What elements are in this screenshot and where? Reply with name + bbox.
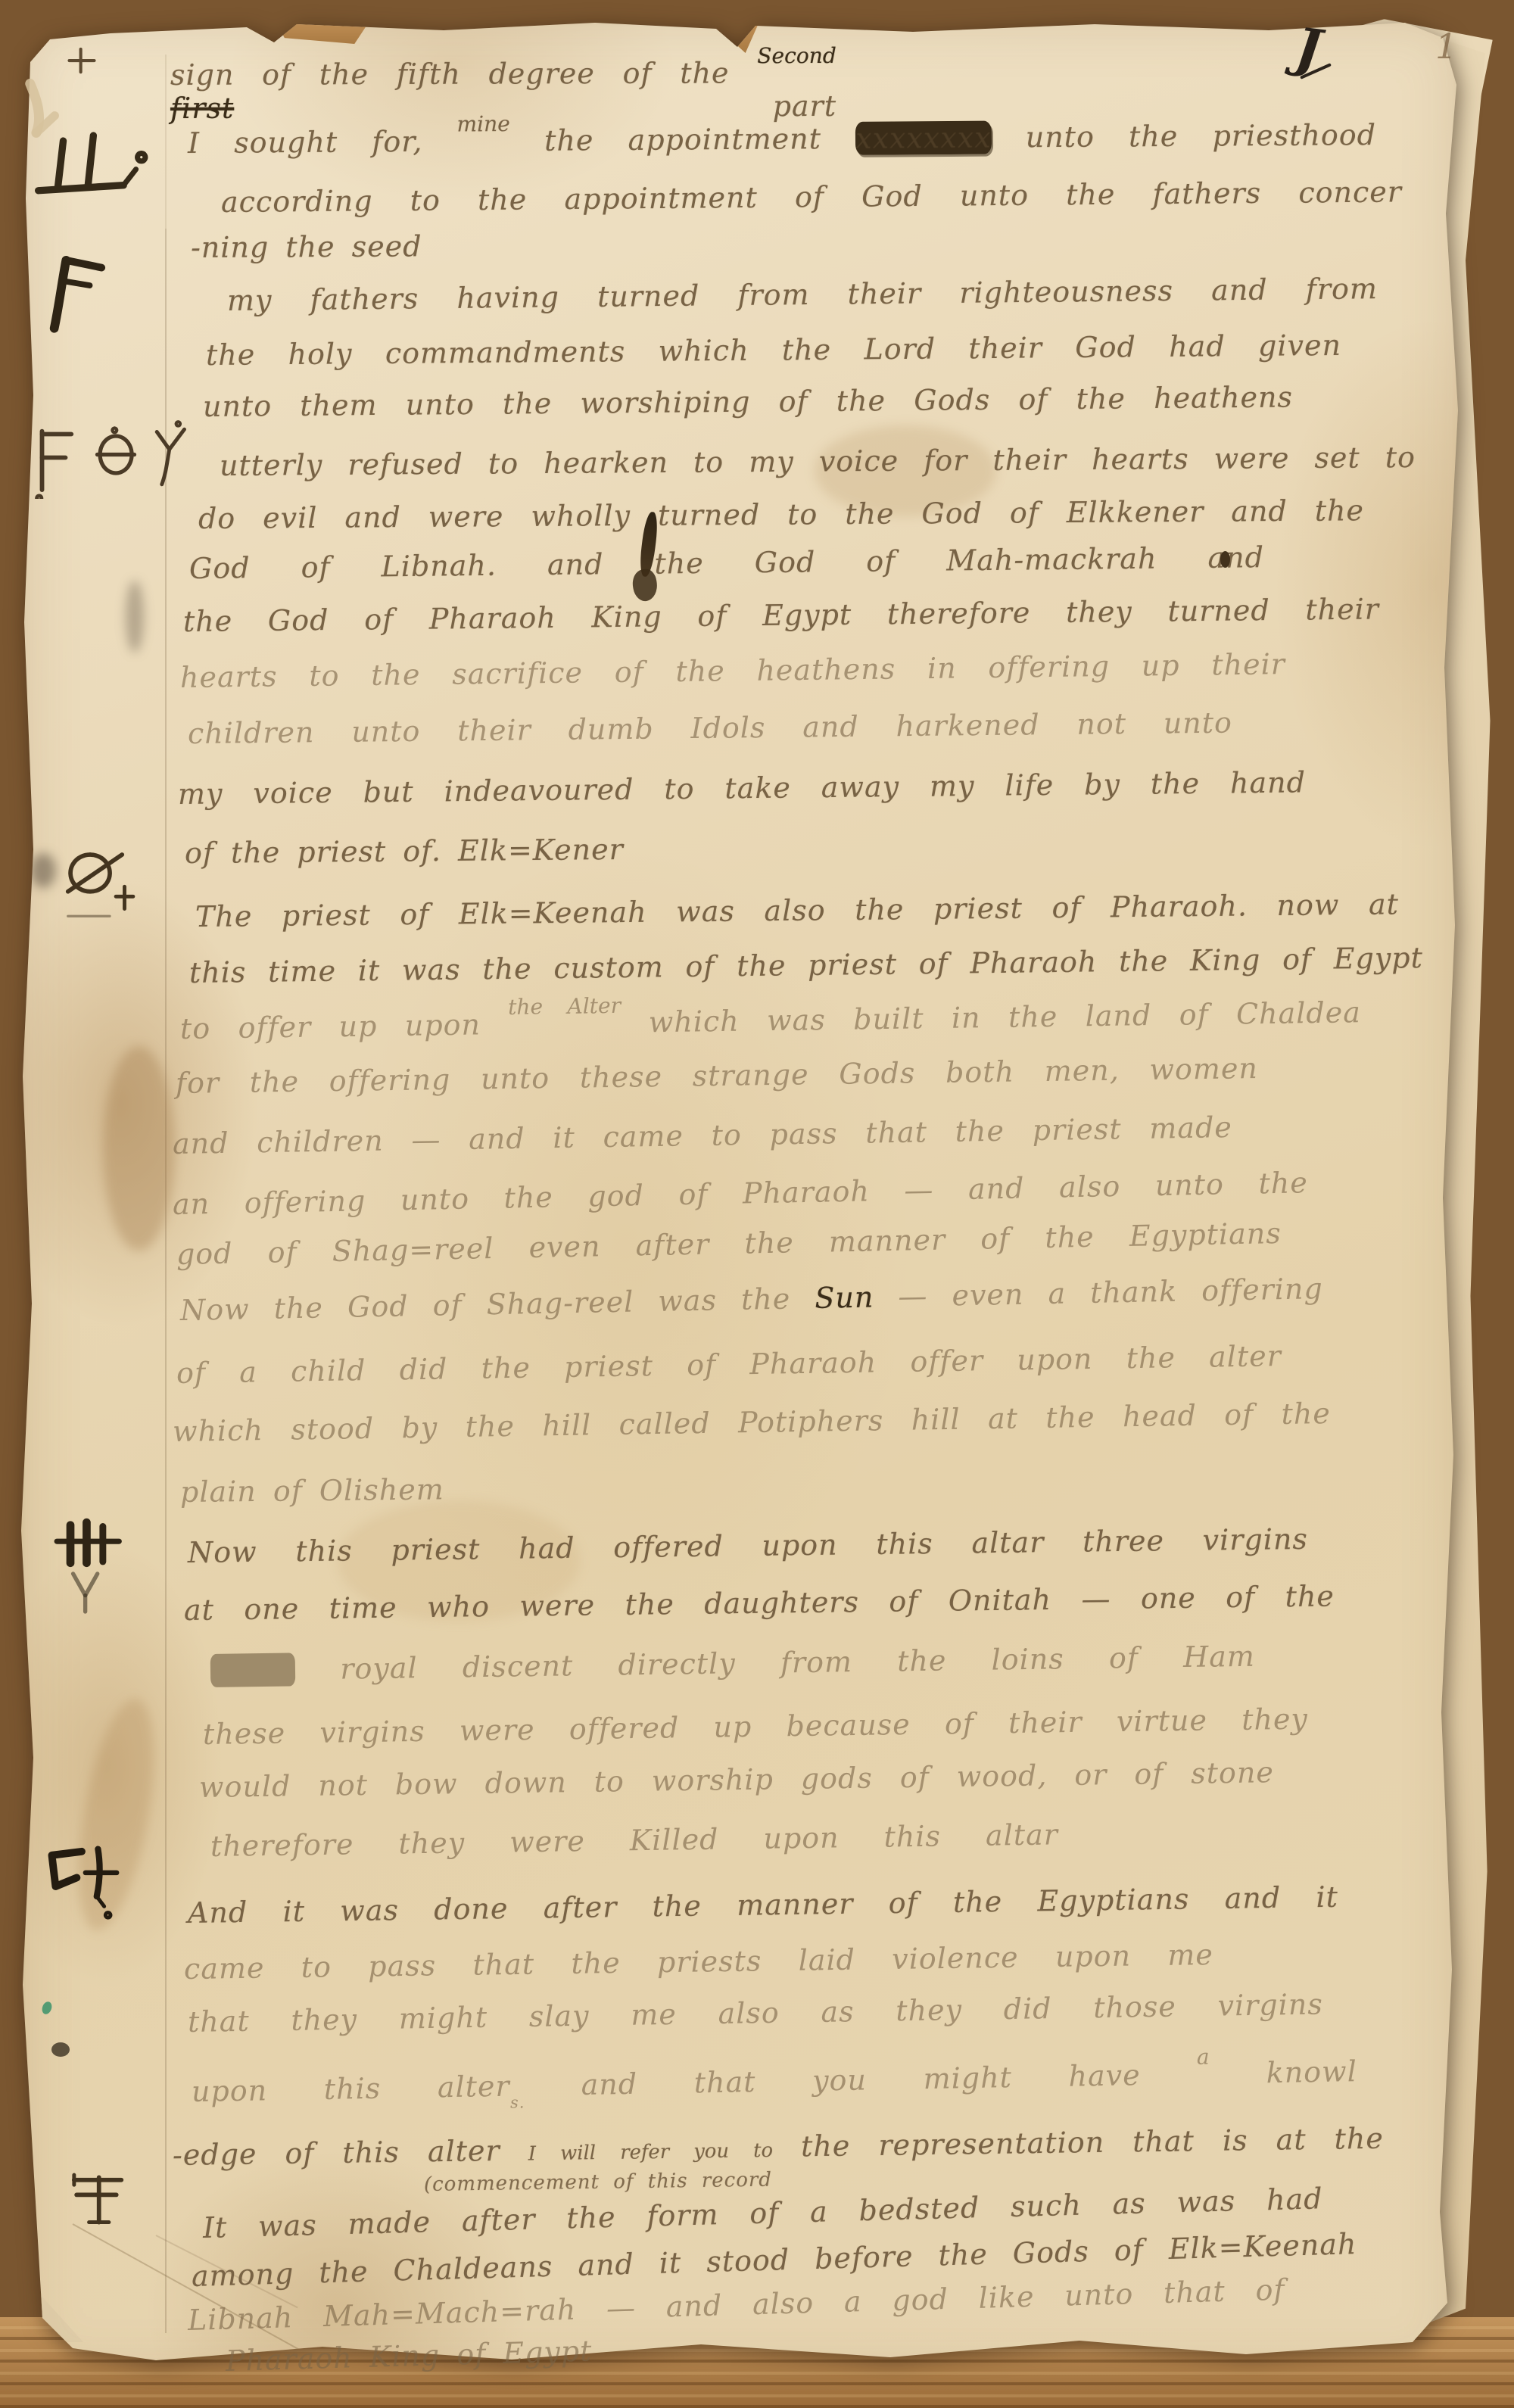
manuscript-line: God of Libnah. and the God of Mah-mackra… [189, 541, 1264, 586]
text-segment: god of Shag=reel even after the manner o… [176, 1216, 1282, 1271]
text-segment: at one time who were the daughters of On… [184, 1579, 1335, 1627]
text-segment: (commencement of this record [424, 2169, 772, 2196]
inserted-word: the Alter [508, 993, 621, 1020]
manuscript-line: these virgins were offered up because of… [203, 1703, 1308, 1752]
text-segment: I will refer you to [528, 2139, 774, 2166]
text-segment: I sought for, [188, 125, 457, 160]
f-character-icon [30, 422, 77, 502]
manuscript-line: Now the God of Shag-reel was the Sun — e… [180, 1273, 1324, 1328]
manuscript-line: and children — and it came to pass that … [173, 1111, 1233, 1161]
text-segment: of a child did the priest of Pharaoh off… [176, 1339, 1282, 1390]
text-segment: The priest of Elk=Keenah was also the pr… [195, 887, 1399, 933]
text-segment: Now the God of Shag-reel was the [180, 1282, 815, 1327]
scribbled-out-word: xxxxx [210, 1653, 296, 1687]
text-segment: according to the appointment of God unto… [221, 175, 1402, 219]
dotted-y-character-icon [147, 419, 197, 492]
text-segment: these virgins were offered up because of… [203, 1702, 1308, 1751]
text-segment: of the priest of. Elk=Kener [185, 833, 624, 870]
manuscript-line: came to pass that the priests laid viole… [184, 1939, 1213, 1986]
text-segment: the God of Pharaoh King of Egypt therefo… [183, 592, 1379, 638]
text-segment: do evil and were wholly turned to the Go… [198, 494, 1364, 535]
manuscript-line: of a child did the priest of Pharaoh off… [176, 1340, 1282, 1391]
text-segment: royal discent directly from the loins of… [295, 1640, 1255, 1687]
text-segment: unto them unto the worshiping of the God… [203, 380, 1293, 423]
manuscript-line: of the priest of. Elk=Kener [185, 833, 624, 871]
inserted-word: mine [456, 111, 510, 136]
manuscript-line: the holy commandments which the Lord the… [206, 329, 1341, 372]
text-segment: And it was done after the manner of the … [188, 1880, 1338, 1930]
slashed-circle-plus-character-icon [61, 845, 139, 927]
text-segment: and children — and it came to pass that … [173, 1111, 1233, 1160]
text-segment: that they might slay me also as they did… [188, 1987, 1324, 2039]
manuscript-line: xxxxx royal discent directly from the lo… [210, 1640, 1255, 1688]
manuscript-line: children unto their dumb Idols and harke… [188, 707, 1232, 751]
text-segment: my voice but indeavoured to take away my… [178, 765, 1306, 811]
scribbled-out-word: xxxxxxxx [855, 121, 992, 155]
text-segment: which was built in the land of Chaldea [621, 995, 1361, 1039]
text-segment: s. [510, 2093, 525, 2111]
manuscript-line: to offer up upon the Alter which was bui… [180, 996, 1361, 1045]
text-segment: therefore they were Killed upon this alt… [210, 1818, 1059, 1863]
handwriting-layer: sign of the fifth degree of the Second f… [0, 0, 1514, 2408]
text-segment: would not bow down to worship gods of wo… [199, 1755, 1274, 1804]
text-segment: an offering unto the god of Pharaoh — an… [173, 1166, 1309, 1221]
faded-check-stain [23, 79, 62, 146]
manuscript-line: this time it was the custom of the pries… [189, 942, 1423, 990]
text-segment: -edge of this alter [173, 2133, 528, 2172]
manuscript-line: unto them unto the worshiping of the God… [203, 381, 1293, 423]
double-crossbar-character-icon [67, 2165, 136, 2238]
text-segment: the holy commandments which the Lord the… [206, 329, 1341, 372]
manuscript-line: which stood by the hill called Potiphers… [173, 1397, 1331, 1449]
text-segment: children unto their dumb Idols and harke… [188, 706, 1232, 750]
page-ink-mark: J [1292, 15, 1325, 80]
text-segment: knowl [1210, 2054, 1357, 2090]
manuscript-line: plain of Olishem [180, 1473, 444, 1509]
text-segment: came to pass that the priests laid viole… [184, 1938, 1213, 1986]
text-segment: hearts to the sacrifice of the heathens … [180, 647, 1285, 694]
text-segment: Pharaoh King of Egypt [225, 2334, 593, 2378]
manuscript-line: Pharaoh King of Egypt [225, 2335, 593, 2378]
text-segment: which stood by the hill called Potiphers… [173, 1397, 1332, 1448]
manuscript-line: the God of Pharaoh King of Egypt therefo… [183, 593, 1379, 638]
manuscript-line: -ning the seed [191, 230, 422, 264]
manuscript-line: -edge of this alter I will refer you to … [173, 2123, 1384, 2173]
manuscript-line: Now this priest had offered upon this al… [188, 1523, 1308, 1570]
text-segment: sign of the fifth degree of the [170, 56, 757, 92]
manuscript-line: I sought for, mine the appointment xxxxx… [188, 119, 1376, 160]
text-segment: upon this alter [192, 2070, 510, 2108]
text-segment: this time it was the custom of the pries… [189, 941, 1423, 989]
page-number: 1 [1435, 26, 1457, 67]
text-segment: utterly refused to hearken to my voice f… [220, 441, 1416, 482]
ink-spot [1220, 551, 1230, 568]
text-segment: — even a thank offering [874, 1272, 1323, 1313]
text-segment: plain of Olishem [180, 1472, 444, 1509]
manuscript-line: an offering unto the god of Pharaoh — an… [173, 1167, 1309, 1221]
manuscript-line: hearts to the sacrifice of the heathens … [180, 648, 1285, 695]
plus-character-icon [65, 44, 98, 80]
text-segment: the appointment [510, 122, 855, 157]
text-segment: -ning the seed [191, 229, 422, 264]
text-segment: Sun [815, 1280, 874, 1314]
manuscript-line: that they might slay me also as they did… [188, 1988, 1324, 2039]
manuscript-line: do evil and were wholly turned to the Go… [198, 494, 1364, 535]
manuscript-line: The priest of Elk=Keenah was also the pr… [195, 888, 1399, 933]
ink-blob [51, 2042, 70, 2057]
manuscript-line: (commencement of this record [424, 2170, 772, 2197]
text-segment: and that you might have [525, 2058, 1198, 2102]
triple-stroke-character-icon [51, 1517, 127, 1618]
text-segment: to offer up upon [180, 1008, 509, 1045]
manuscript-line: therefore they were Killed upon this alt… [210, 1818, 1059, 1863]
manuscript-line: for the offering unto these strange Gods… [176, 1052, 1258, 1101]
manuscript-line: according to the appointment of God unto… [221, 176, 1402, 219]
manuscript-line: at one time who were the daughters of On… [184, 1580, 1335, 1627]
manuscript-line: my fathers having turned from their righ… [227, 273, 1378, 318]
inserted-word: a [1197, 2045, 1210, 2070]
manuscript-line: god of Shag=reel even after the manner o… [176, 1217, 1282, 1272]
photograph-of-manuscript: sign of the fifth degree of the Second f… [0, 0, 1514, 2408]
dotted-theta-character-icon [89, 425, 142, 487]
manuscript-line: utterly refused to hearken to my voice f… [220, 441, 1416, 483]
inserted-word: Second [757, 43, 836, 68]
manuscript-line: would not bow down to worship gods of wo… [199, 1756, 1274, 1805]
struck-word: first [170, 91, 234, 124]
text-segment: my fathers having turned from their righ… [227, 272, 1378, 317]
text-segment: the representation that is at the [773, 2122, 1384, 2163]
text-segment: Now this priest had offered upon this al… [188, 1522, 1308, 1569]
green-speck [40, 2000, 53, 2015]
manuscript-line: upon this alters. and that you might hav… [192, 2055, 1358, 2109]
manuscript-line: my voice but indeavoured to take away my… [178, 766, 1306, 811]
manuscript-line: And it was done after the manner of the … [188, 1881, 1338, 1930]
text-segment: for the offering unto these strange Gods… [176, 1051, 1258, 1100]
text-segment: unto the priesthood [991, 118, 1376, 154]
triangle-and-four-character-icon [39, 1844, 124, 1927]
text-segment: part [234, 89, 836, 125]
hooked-stroke-character-icon [42, 254, 107, 340]
text-segment: God of Libnah. and the God of Mah-mackra… [189, 540, 1264, 585]
